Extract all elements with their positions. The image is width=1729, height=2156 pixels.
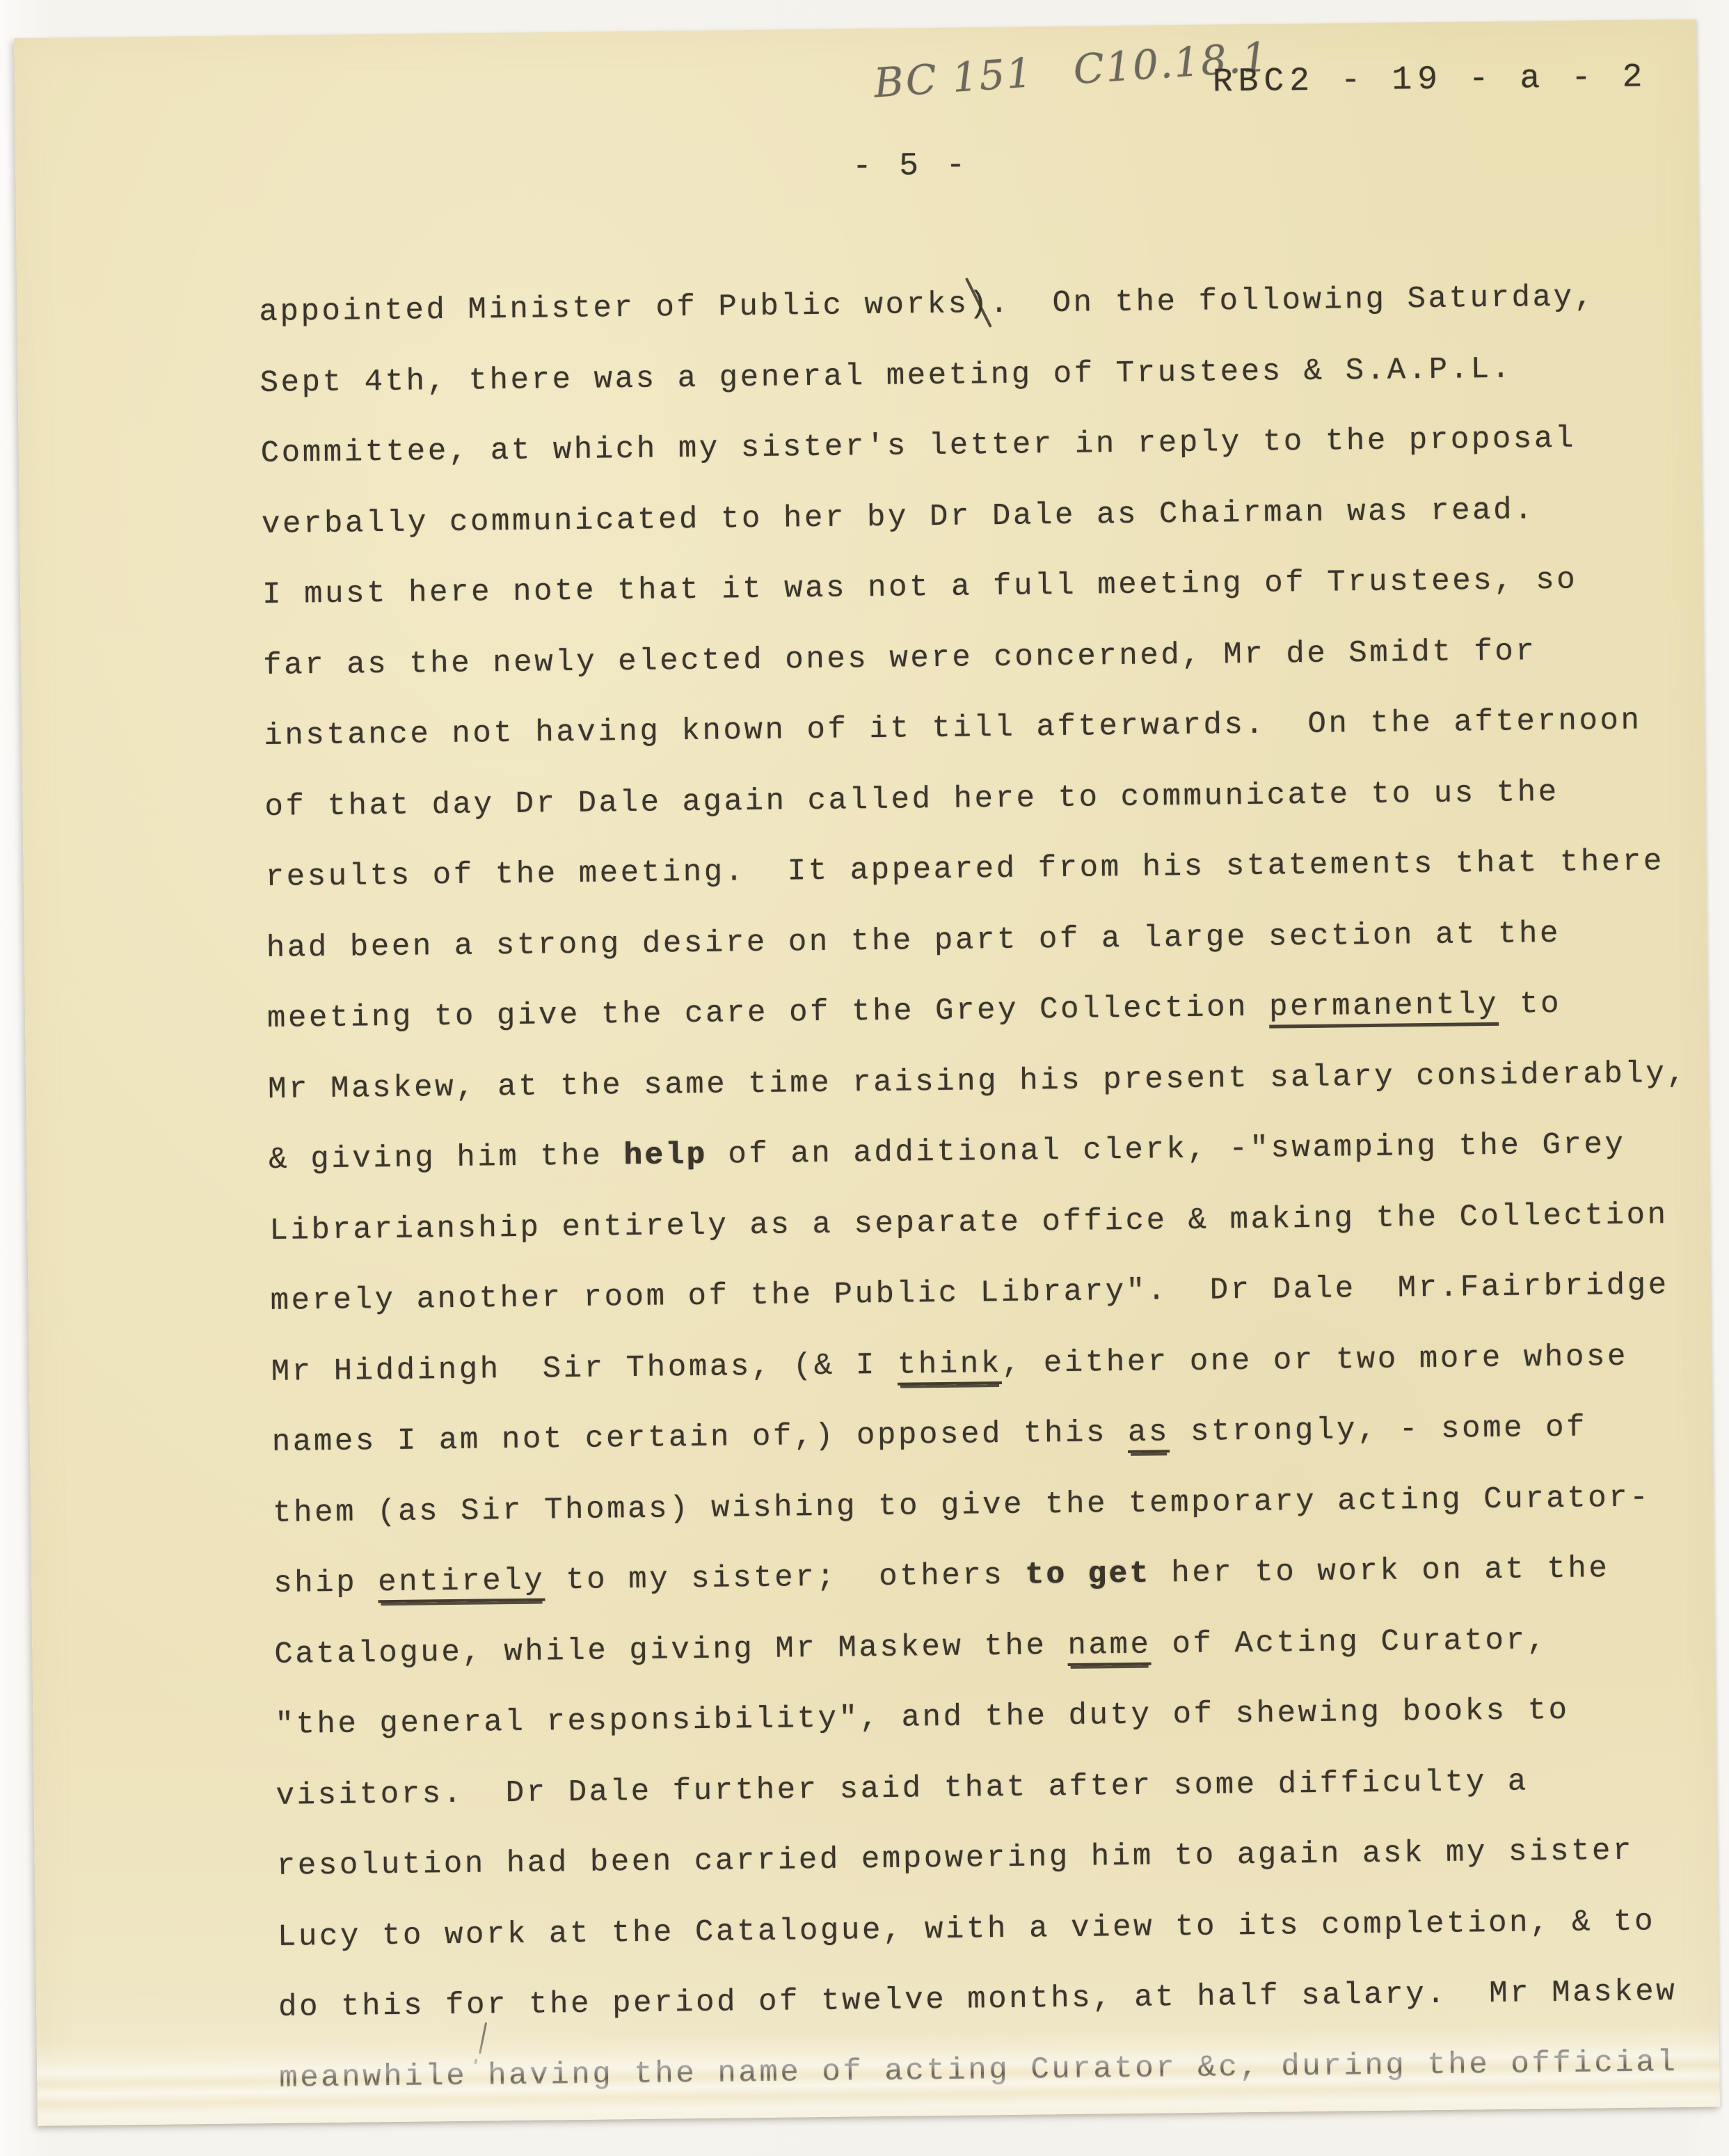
annotation-gap [1034, 84, 1074, 86]
text-segment: meanwhile having the name of acting Cura… [279, 2045, 1678, 2096]
text-segment: , either one or two more whose [1002, 1339, 1629, 1381]
text-segment: think [898, 1347, 1003, 1386]
text-segment: Sept 4th, there was a general meeting of… [260, 351, 1513, 400]
text-segment: name [1067, 1627, 1152, 1665]
page-number: - 5 - [852, 147, 970, 184]
text-segment: far as the newly elected ones were conce… [263, 634, 1537, 683]
text-segment: ship [273, 1565, 379, 1601]
text-segment: to my sister; others [545, 1558, 1026, 1599]
text-segment: & giving him the [269, 1139, 624, 1178]
text-segment: do this for the period of twelve months,… [278, 1974, 1678, 2025]
text-segment: names I am not certain of,) opposed this [272, 1416, 1129, 1460]
text-segment: visitors. Dr Dale further said that afte… [276, 1764, 1529, 1813]
text-segment: Librarianship entirely as a separate off… [269, 1198, 1668, 1249]
text-segment: Committee, at which my sister's letter i… [261, 422, 1577, 471]
text-segment: Lucy to work at the Catalogue, with a vi… [278, 1904, 1656, 1954]
text-segment: Catalogue, while giving Mr Maskew the [274, 1628, 1068, 1672]
text-segment: her to work on at the [1150, 1551, 1610, 1591]
text-segment: verbally communicated to her by Dr Dale … [262, 493, 1536, 542]
scanned-document-page: BC 151C10.18.1 RBC2 - 19 - a - 2 - 5 - a… [0, 0, 1729, 2156]
text-segment: them (as Sir Thomas) wishing to give the… [273, 1480, 1651, 1530]
text-segment: as [1128, 1415, 1170, 1453]
overstruck-paren: ) [969, 269, 990, 340]
document-body: appointed Minister of Public works). On … [259, 262, 1713, 2114]
text-segment: "the general responsibility", and the du… [275, 1693, 1570, 1743]
text-segment: of an additional clerk, -"swamping the G… [707, 1127, 1626, 1173]
text-segment: meeting to give the care of the Grey Col… [267, 990, 1270, 1036]
text-segment: entirely [378, 1563, 545, 1603]
paper-sheet: BC 151C10.18.1 RBC2 - 19 - a - 2 - 5 - a… [14, 19, 1720, 2126]
text-segment: of that day Dr Dale again called here to… [264, 775, 1559, 824]
archive-code: BC 151 [873, 49, 1035, 106]
text-segment: results of the meeting. It appeared from… [265, 844, 1664, 895]
text-segment: instance not having known of it till aft… [264, 704, 1642, 754]
typed-reference-code: RBC2 - 19 - a - 2 [1213, 58, 1648, 101]
text-segment: Mr Maskew, at the same time raising his … [268, 1056, 1688, 1107]
text-segment: strongly, - some of [1170, 1410, 1588, 1450]
text-segment: had been a strong desire on the part of … [266, 916, 1561, 965]
text-segment: help [623, 1138, 708, 1173]
text-segment: merely another room of the Public Librar… [270, 1268, 1669, 1319]
text-segment: to [1499, 987, 1562, 1022]
text-segment: resolution had been carried empowering h… [277, 1834, 1634, 1884]
text-segment: . On the following Saturday, [989, 280, 1595, 322]
text-segment: of Acting Curator, [1151, 1623, 1548, 1662]
text-segment: appointed Minister of Public works [259, 287, 969, 330]
text-segment: permanently [1269, 988, 1499, 1029]
text-segment: Mr Hiddingh Sir Thomas, (& I [271, 1347, 898, 1389]
text-segment: to get [1025, 1557, 1151, 1593]
handwritten-annotation: BC 151C10.18.1 [873, 35, 1236, 107]
text-segment: I must here note that it was not a full … [262, 563, 1578, 612]
